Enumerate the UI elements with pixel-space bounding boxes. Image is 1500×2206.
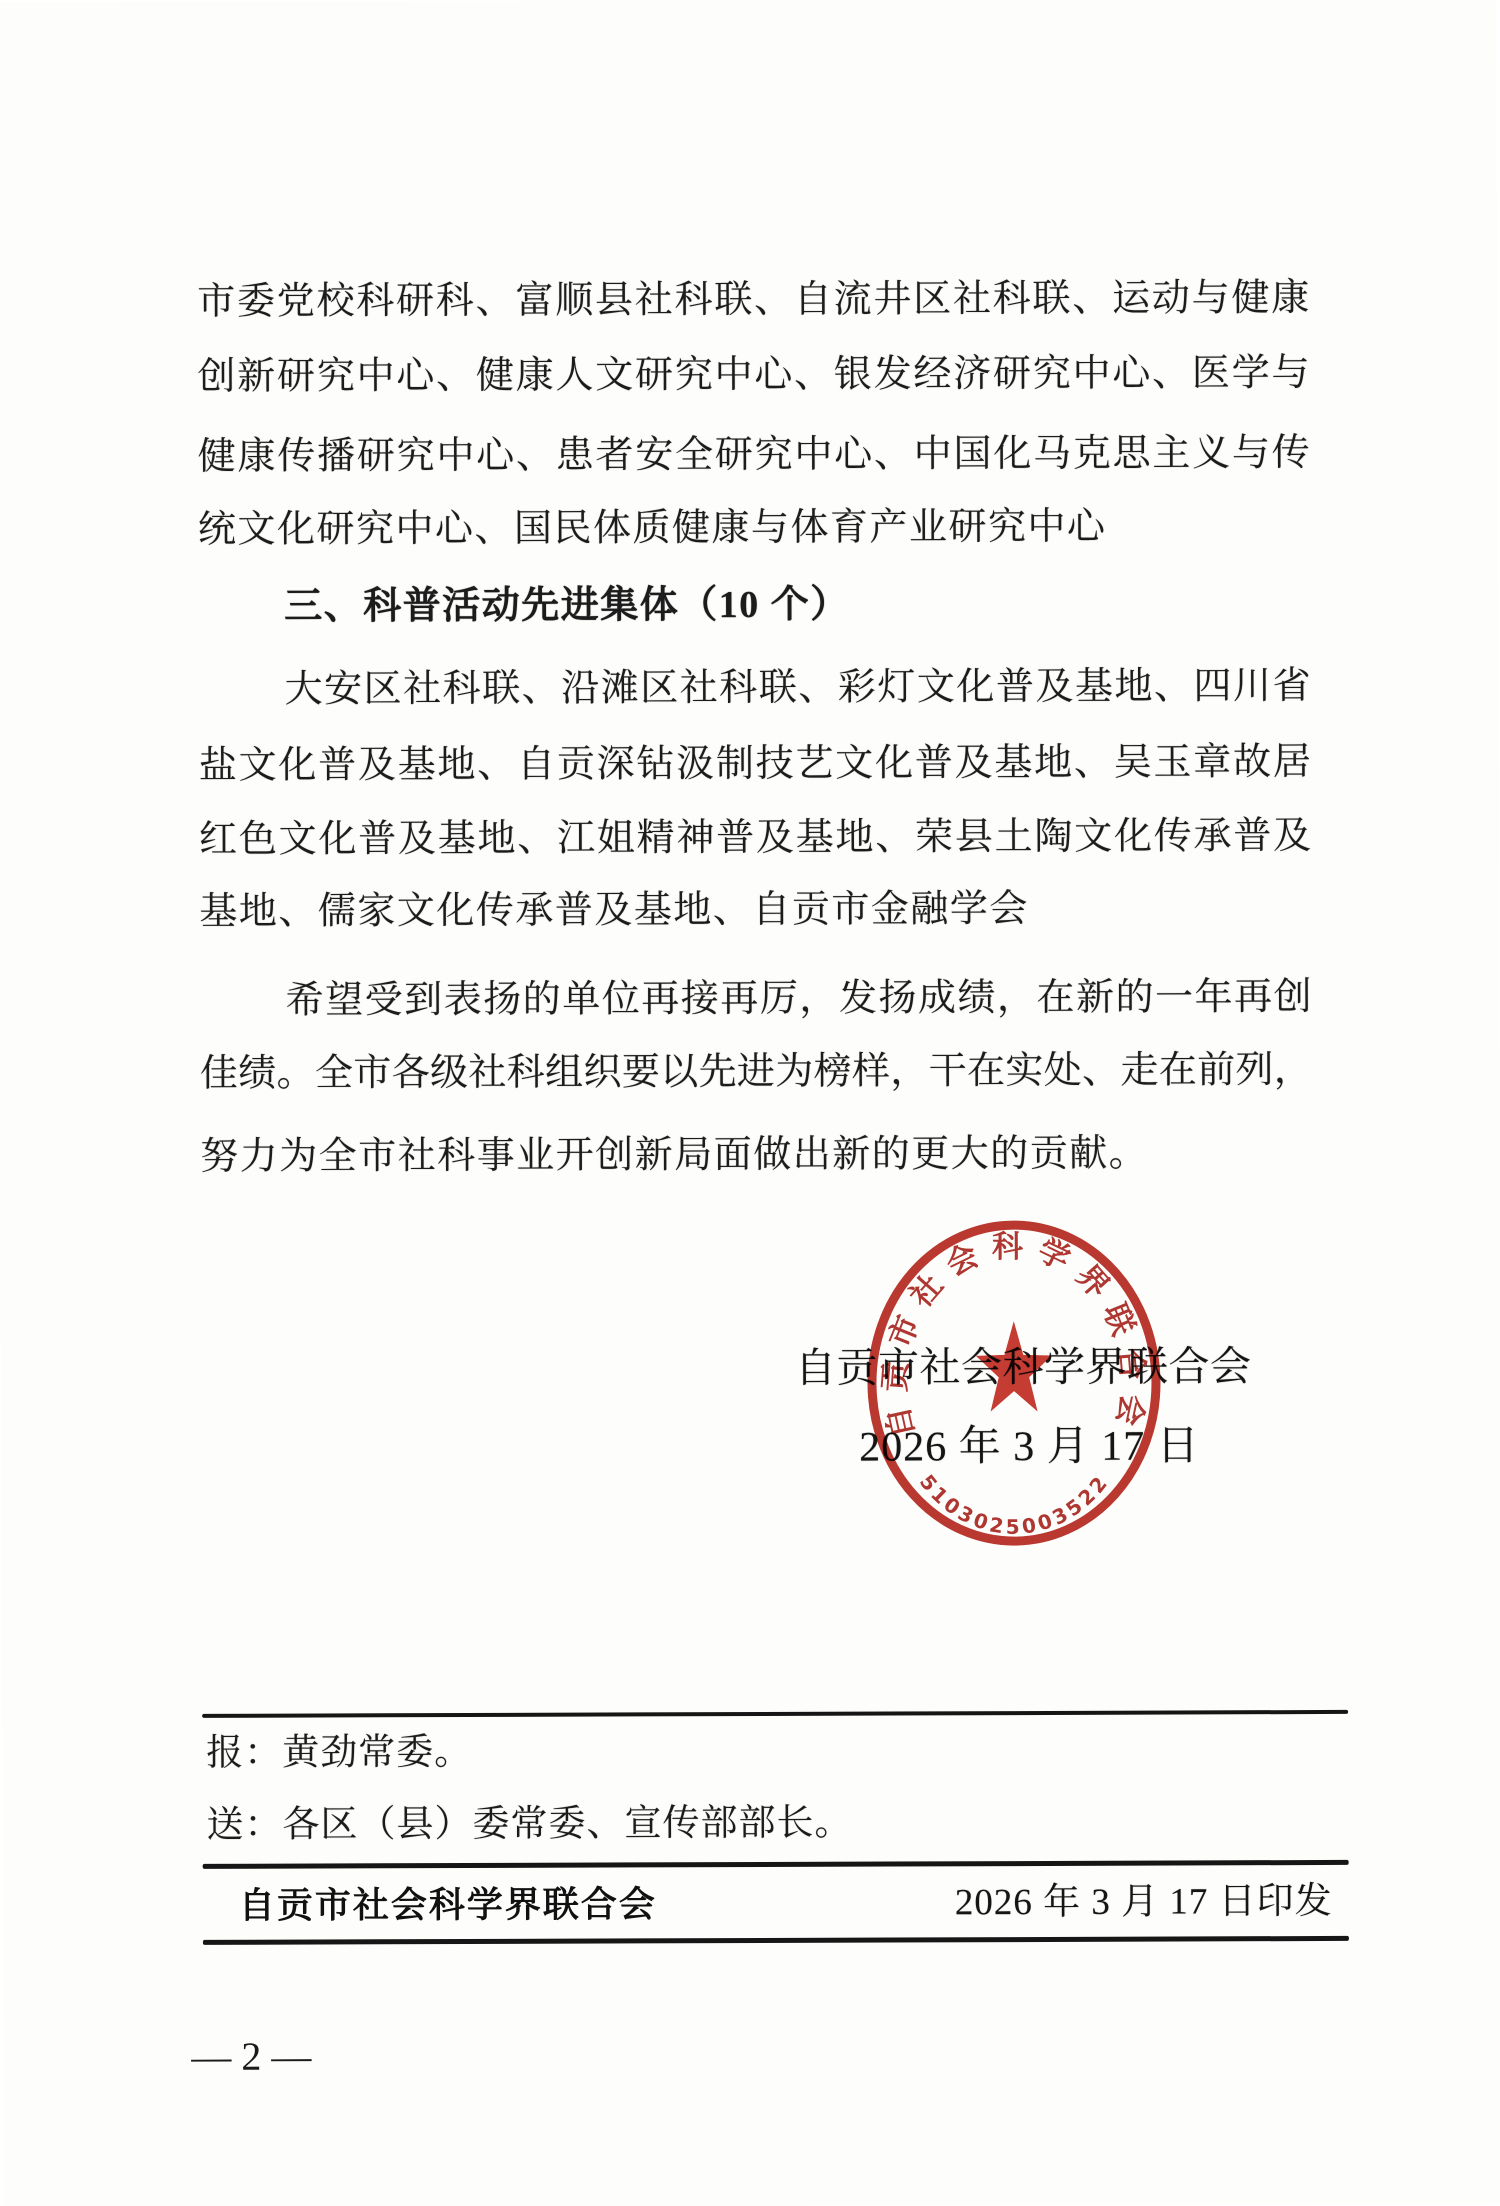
footer-divider-bottom: [203, 1936, 1349, 1945]
footer-report-line: 报：黄劲常委。: [206, 1729, 472, 1778]
send-label: 送：: [206, 1805, 282, 1846]
body-line: 大安区社科联、沿滩区社科联、彩灯文化普及基地、四川省: [284, 659, 1310, 717]
body-line: 基地、儒家文化传承普及基地、自贡市金融学会: [199, 881, 1311, 939]
body-line: 盐文化普及基地、自贡深钻汲制技艺文化普及基地、吴玉章故居: [199, 735, 1311, 793]
footer-send-line: 送：各区（县）委常委、宣传部部长。: [206, 1800, 852, 1850]
footer-print-date: 2026 年 3 月 17 日印发: [955, 1880, 1333, 1925]
body-line: 红色文化普及基地、江姐精神普及基地、荣县土陶文化传承普及: [199, 809, 1311, 867]
scanned-document-page: 市委党校科研科、富顺县社科联、自流井区社科联、运动与健康 创新研究中心、健康人文…: [0, 0, 1500, 2206]
send-value: 各区（县）委常委、宣传部部长。: [282, 1803, 852, 1846]
footer-issuer: 自贡市社会科学界联合会: [239, 1882, 657, 1927]
body-line: 健康传播研究中心、患者安全研究中心、中国化马克思主义与传: [198, 426, 1310, 484]
section-heading: 三、科普活动先进集体（10 个）: [284, 576, 1310, 634]
seal-code: 5103025003522: [915, 1469, 1114, 1539]
body-line: 统文化研究中心、国民体质健康与体育产业研究中心: [198, 499, 1310, 557]
official-seal: 自贡市社会科学界联合会 5103025003522: [860, 1213, 1167, 1554]
body-line: 佳绩。全市各级社科组织要以先进为榜样，干在实处、走在前列，: [200, 1043, 1312, 1101]
footer-divider-top: [202, 1710, 1348, 1718]
page-number: — 2 —: [191, 2034, 311, 2080]
body-line: 市委党校科研科、富顺县社科联、自流井区社科联、运动与健康: [197, 271, 1309, 329]
report-label: 报：: [206, 1733, 282, 1774]
body-line: 创新研究中心、健康人文研究中心、银发经济研究中心、医学与: [197, 346, 1309, 404]
body-line: 希望受到表扬的单位再接再厉，发扬成绩，在新的一年再创: [286, 970, 1312, 1028]
body-line: 努力为全市社科事业开创新局面做出新的更大的贡献。: [200, 1126, 1312, 1184]
footer-divider-middle: [203, 1860, 1349, 1869]
seal-star-icon: [976, 1321, 1052, 1412]
report-value: 黄劲常委。: [282, 1732, 472, 1774]
